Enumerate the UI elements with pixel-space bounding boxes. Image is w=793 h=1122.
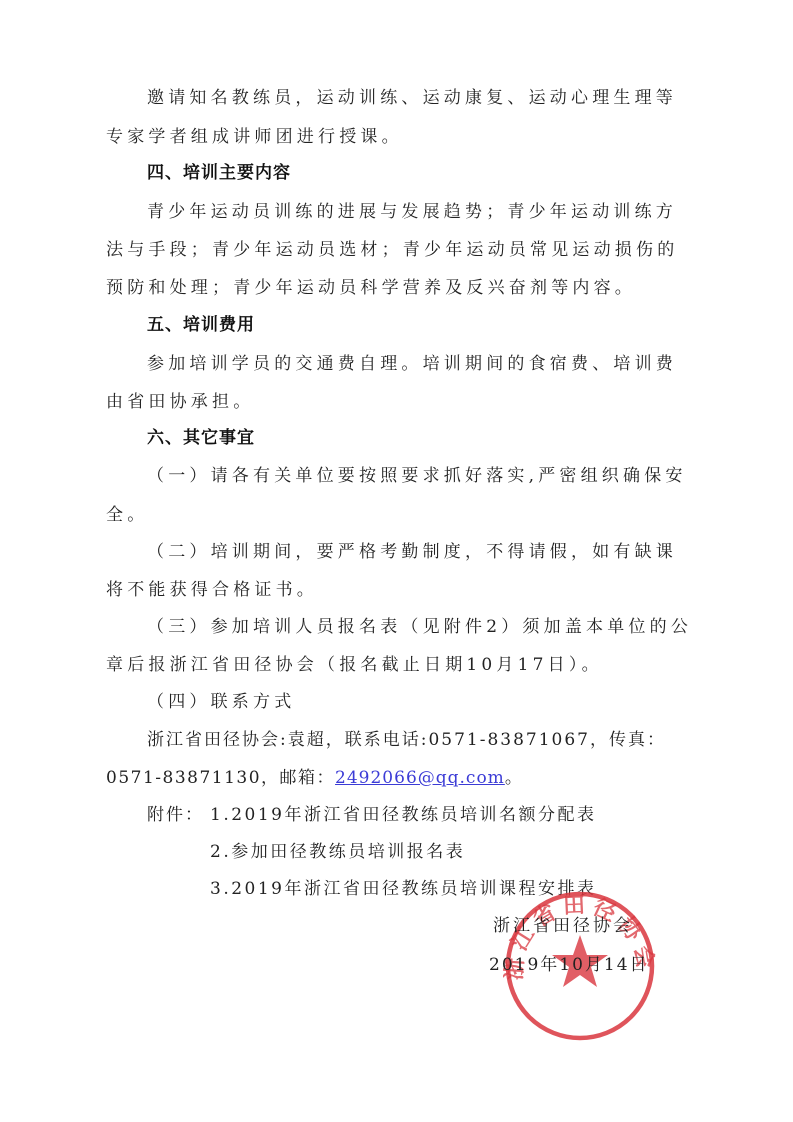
paragraph-line: 参加培训学员的交通费自理。培训期间的食宿费、培训费	[147, 353, 677, 375]
section-heading-content: 四、培训主要内容	[147, 162, 291, 184]
paragraph-line: 邀请知名教练员，运动训练、运动康复、运动心理生理等	[147, 87, 677, 109]
contact-suffix: 。	[505, 768, 524, 788]
attachment-item: 3.2019年浙江省田径教练员培训课程安排表	[210, 878, 596, 900]
contact-fax-prefix: 0571-83871130，邮箱：	[106, 768, 335, 788]
paragraph-line: 章后报浙江省田径协会（报名截止日期10月17日）。	[106, 654, 603, 676]
paragraph-line: 预防和处理；青少年运动员科学营养及反兴奋剂等内容。	[106, 277, 636, 299]
attachment-item: 2.参加田径教练员培训报名表	[210, 841, 465, 863]
attachments-label: 附件：	[147, 804, 204, 826]
paragraph-line: 由省田协承担。	[106, 391, 254, 413]
paragraph-line: （二）培训期间，要严格考勤制度，不得请假，如有缺课	[147, 541, 677, 563]
contact-line: 0571-83871130，邮箱：2492066@qq.com。	[106, 767, 523, 789]
signature-organization: 浙江省田径协会	[493, 911, 633, 936]
paragraph-line: 将不能获得合格证书。	[106, 579, 318, 601]
paragraph-line: （一）请各有关单位要按照要求抓好落实,严密组织确保安	[147, 465, 687, 487]
paragraph-line: （三）参加培训人员报名表（见附件2）须加盖本单位的公	[147, 616, 692, 638]
paragraph-line: 浙江省田径协会:袁超，联系电话:0571-83871067，传真：	[147, 729, 666, 751]
section-heading-other: 六、其它事宜	[147, 427, 255, 449]
attachment-item: 1.2019年浙江省田径教练员培训名额分配表	[210, 804, 596, 826]
paragraph-line: 青少年运动员训练的进展与发展趋势；青少年运动训练方	[147, 201, 677, 223]
paragraph-line: 全。	[106, 504, 148, 526]
paragraph-line: （四）联系方式	[147, 691, 295, 713]
section-heading-fees: 五、培训费用	[147, 314, 255, 336]
paragraph-line: 专家学者组成讲师团进行授课。	[106, 126, 403, 148]
paragraph-line: 法与手段；青少年运动员选材；青少年运动员常见运动损伤的	[106, 239, 678, 261]
signature-date: 2019年10月14日	[489, 950, 649, 975]
email-link[interactable]: 2492066@qq.com	[335, 768, 505, 788]
